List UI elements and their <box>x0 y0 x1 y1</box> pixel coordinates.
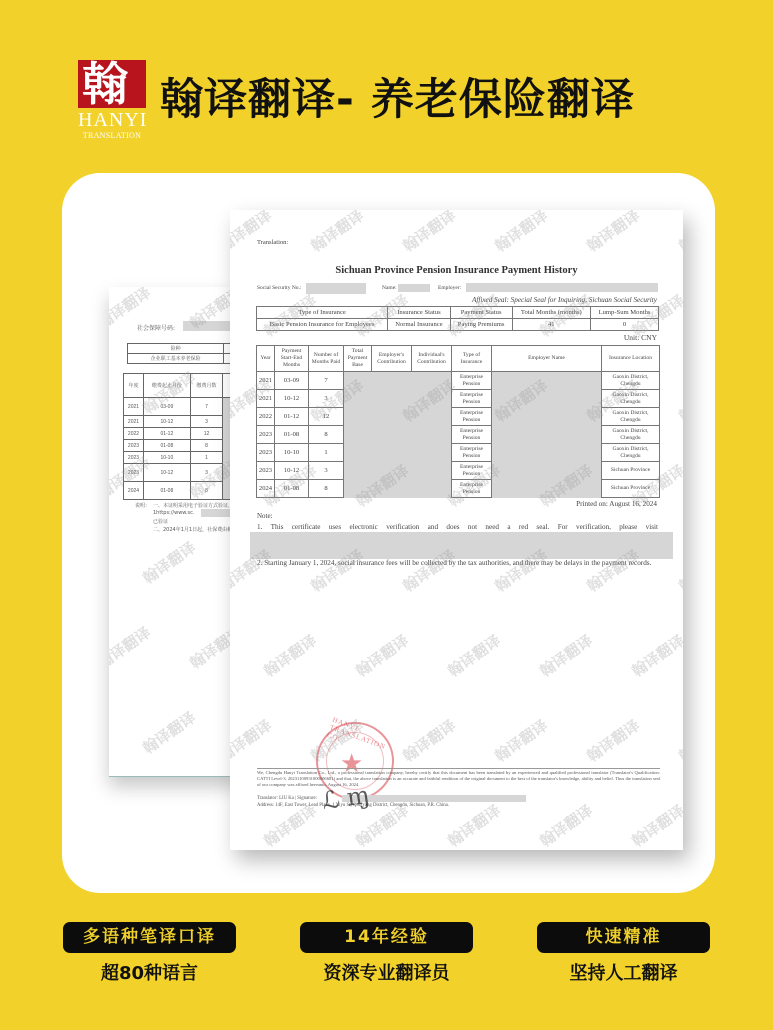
pay-cell: Sichuan Province <box>602 462 660 480</box>
badge-experience: 14年经验 <box>300 922 473 953</box>
hanyi-logo: 翰 HANYI TRANSLATION <box>78 60 146 152</box>
translation-document: Translation: Sichuan Province Pension In… <box>230 210 683 850</box>
redacted-employer-names <box>492 372 602 498</box>
orig-pay-header: 缴费起止月份 <box>143 374 190 398</box>
watermark-text: 翰译翻译 <box>260 630 321 682</box>
orig-pay-cell: 8 <box>190 482 223 500</box>
pay-header: Individual's Contribution <box>412 346 452 372</box>
pay-cell: 7 <box>309 372 344 390</box>
pay-cell: 3 <box>309 462 344 480</box>
watermark-text: 翰译翻译 <box>536 630 597 682</box>
pay-cell: 2021 <box>257 390 275 408</box>
pay-header: Employer's Contribution <box>372 346 412 372</box>
printed-on: Printed on: August 16, 2024 <box>576 500 657 508</box>
orig-pay-cell: 2024 <box>124 482 144 500</box>
certification-statement: We, Chengdu Hanyi Translation Co., Ltd.,… <box>257 770 660 788</box>
watermark-text: 翰译翻译 <box>583 715 644 767</box>
orig-pay-cell: 2021 <box>124 416 144 428</box>
pay-cell: 3 <box>309 390 344 408</box>
orig-pay-cell: 7 <box>190 398 223 416</box>
translation-label: Translation: <box>257 239 288 246</box>
pay-cell: 10-10 <box>275 444 309 462</box>
orig-pay-cell: 01-08 <box>143 440 190 452</box>
pay-cell: Enterprise Pension <box>452 444 492 462</box>
logo-subtitle: TRANSLATION <box>78 131 146 140</box>
pay-cell: Enterprise Pension <box>452 426 492 444</box>
watermark-text: 翰译翻译 <box>399 715 460 767</box>
note-1: 1. This certificate uses electronic veri… <box>257 523 658 531</box>
pay-cell: 2022 <box>257 408 275 426</box>
watermark-text: 翰译翻译 <box>675 715 683 767</box>
pay-cell: 01-08 <box>275 480 309 498</box>
original-payment-table: 年度缴费起止月份缴费月数缴费基数和 202103-097202110-12320… <box>123 373 244 500</box>
orig-pay-header: 缴费月数 <box>190 374 223 398</box>
watermark-text: 翰译翻译 <box>675 545 683 597</box>
pay-cell: 01-08 <box>275 426 309 444</box>
pay-cell: 10-12 <box>275 390 309 408</box>
name-label: Name: <box>382 285 397 291</box>
watermark-text: 翰译翻译 <box>230 715 276 767</box>
pay-header: Number of Months Paid <box>309 346 344 372</box>
page-title: 翰译翻译- 养老保险翻译 <box>160 70 635 130</box>
orig-pay-cell: 3 <box>190 416 223 428</box>
orig-pay-cell: 10-12 <box>143 464 190 482</box>
ins-header: Insurance Status <box>388 307 451 319</box>
pay-cell: 1 <box>309 444 344 462</box>
ins-cell: 41 <box>512 319 591 331</box>
badge-fast-accurate: 快速精准 <box>537 922 710 953</box>
table-row: 202103-097Enterprise PensionGaoxin Distr… <box>257 372 660 390</box>
redacted-employer <box>466 283 658 292</box>
orig-pay-cell: 2022 <box>124 428 144 440</box>
ins-cell: Paying Premiums <box>450 319 512 331</box>
pay-cell: Sichuan Province <box>602 480 660 498</box>
pay-cell: 2023 <box>257 462 275 480</box>
pay-header: Year <box>257 346 275 372</box>
orig-pay-cell: 2023 <box>124 440 144 452</box>
pay-cell: Gaoxin District, Chengdu <box>602 372 660 390</box>
orig-pay-cell: 2021 <box>124 398 144 416</box>
watermark-text: 翰译翻译 <box>491 210 552 256</box>
pay-cell: Enterprise Pension <box>452 408 492 426</box>
pay-header: Type of Insurance <box>452 346 492 372</box>
watermark-text: 翰译翻译 <box>628 630 683 682</box>
orig-pay-cell: 2023 <box>124 464 144 482</box>
pay-cell: Gaoxin District, Chengdu <box>602 408 660 426</box>
pay-cell: Enterprise Pension <box>452 480 492 498</box>
pay-cell: Gaoxin District, Chengdu <box>602 426 660 444</box>
badge-fast-accurate-subtitle: 坚持人工翻译 <box>537 960 710 988</box>
redacted-verification-url <box>250 532 673 559</box>
orig-pay-cell: 1 <box>190 452 223 464</box>
pay-cell: 2023 <box>257 426 275 444</box>
ss-no-label: Social Security No.: <box>257 285 301 291</box>
pay-cell: 8 <box>309 480 344 498</box>
redacted-name <box>398 284 430 292</box>
logo-mark: 翰 <box>78 60 146 108</box>
unit-label: Unit: CNY <box>624 333 657 342</box>
badge-multilingual-subtitle: 超80种语言 <box>63 960 236 988</box>
insurance-summary-table: Type of Insurance Insurance Status Payme… <box>256 306 659 331</box>
affixed-seal-note: Affixed Seal: Special Seal for Inquiring… <box>472 296 657 304</box>
original-insurance-table: 险种 参保状 企业职工基本养老保险 正常 <box>127 343 244 364</box>
logo-name: HANYI <box>78 109 146 131</box>
orig-pay-cell: 10-10 <box>143 452 190 464</box>
watermark-text: 翰译翻译 <box>675 375 683 427</box>
orig-pay-cell: 2023 <box>124 452 144 464</box>
orig-note-1-cont: 已验证 <box>153 518 168 525</box>
watermark-text: 翰译翻译 <box>109 622 155 674</box>
orig-note-label: 说明： <box>135 502 150 509</box>
employer-label: Employer: <box>438 285 461 291</box>
redacted-ss-no <box>306 283 366 294</box>
ins-cell: 0 <box>591 319 659 331</box>
watermark-text: 翰译翻译 <box>307 210 368 256</box>
note-2: 2. Starting January 1, 2024, social insu… <box>257 558 658 569</box>
translator-line: Translator: LIU Ka | Signature: <box>257 796 317 801</box>
pay-cell: 10-12 <box>275 462 309 480</box>
pay-cell: 8 <box>309 426 344 444</box>
ins-header: Payment Status <box>450 307 512 319</box>
orig-pay-cell: 3 <box>190 464 223 482</box>
watermark-text: 翰译翻译 <box>491 715 552 767</box>
orig-pay-cell: 03-09 <box>143 398 190 416</box>
pay-cell: Gaoxin District, Chengdu <box>602 390 660 408</box>
orig-pay-cell: 8 <box>190 440 223 452</box>
table-row: 202103-097 <box>124 398 245 416</box>
ins-header: Type of Insurance <box>257 307 388 319</box>
pay-header: Employer Name <box>492 346 602 372</box>
orig-pay-header: 年度 <box>124 374 144 398</box>
pay-cell: Gaoxin District, Chengdu <box>602 444 660 462</box>
watermark-text: 翰译翻译 <box>139 707 200 759</box>
ss-label: 社会保障号码: <box>137 323 175 332</box>
orig-ins-cell: 企业职工基本养老保险 <box>128 354 224 364</box>
pay-header: Payment Start-End Months <box>275 346 309 372</box>
pay-cell: Enterprise Pension <box>452 390 492 408</box>
ins-cell: Basic Pension Insurance for Employees <box>257 319 388 331</box>
pay-header: Insurance Location <box>602 346 660 372</box>
watermark-text: 翰译翻译 <box>444 800 505 850</box>
watermark-text: 翰译翻译 <box>536 800 597 850</box>
ins-cell: Normal Insurance <box>388 319 451 331</box>
original-document: 社会保障号码: 险种 参保状 企业职工基本养老保险 正常 年度缴费起止月份缴费月… <box>109 287 244 777</box>
pay-cell: Enterprise Pension <box>452 462 492 480</box>
watermark-text: 翰译翻译 <box>444 630 505 682</box>
pay-cell: 2024 <box>257 480 275 498</box>
watermark-text: 翰译翻译 <box>230 210 276 256</box>
pay-cell: 01-12 <box>275 408 309 426</box>
watermark-text: 翰译翻译 <box>352 630 413 682</box>
pay-cell: 2021 <box>257 372 275 390</box>
payment-history-table: YearPayment Start-End MonthsNumber of Mo… <box>256 345 660 498</box>
watermark-text: 翰译翻译 <box>139 537 200 589</box>
redacted-amounts <box>344 372 452 498</box>
document-title: Sichuan Province Pension Insurance Payme… <box>230 265 683 276</box>
ins-header: Total Months (months) <box>512 307 591 319</box>
watermark-text: 翰译翻译 <box>583 210 644 256</box>
orig-note-2: 二、2024年1月1日起，社保费由税 <box>153 526 232 533</box>
orig-pay-cell: 10-12 <box>143 416 190 428</box>
ins-header: Lump-Sum Months <box>591 307 659 319</box>
pay-cell: 03-09 <box>275 372 309 390</box>
orig-pay-cell: 01-12 <box>143 428 190 440</box>
badge-multilingual: 多语种笔译口译 <box>63 922 236 953</box>
note-label: Note: <box>257 512 273 520</box>
pay-cell: 12 <box>309 408 344 426</box>
orig-pay-cell: 01-08 <box>143 482 190 500</box>
watermark-text: 翰译翻译 <box>675 210 683 256</box>
pay-header: Total Payment Base <box>344 346 372 372</box>
certification-divider <box>257 768 660 769</box>
signature: ℒ ɱ <box>320 781 371 815</box>
watermark-text: 翰译翻译 <box>399 210 460 256</box>
pay-cell: Enterprise Pension <box>452 372 492 390</box>
watermark-text: 翰译翻译 <box>628 800 683 850</box>
orig-note-1: 一、本证明采用电子验证方式验证， <box>153 502 233 509</box>
orig-ins-header: 险种 <box>128 344 224 354</box>
pay-cell: 2023 <box>257 444 275 462</box>
orig-note-1-url: 1https://www.sc. <box>153 510 194 516</box>
badge-experience-subtitle: 资深专业翻译员 <box>300 960 473 988</box>
orig-pay-cell: 12 <box>190 428 223 440</box>
logo-glyph: 翰 <box>82 60 124 108</box>
